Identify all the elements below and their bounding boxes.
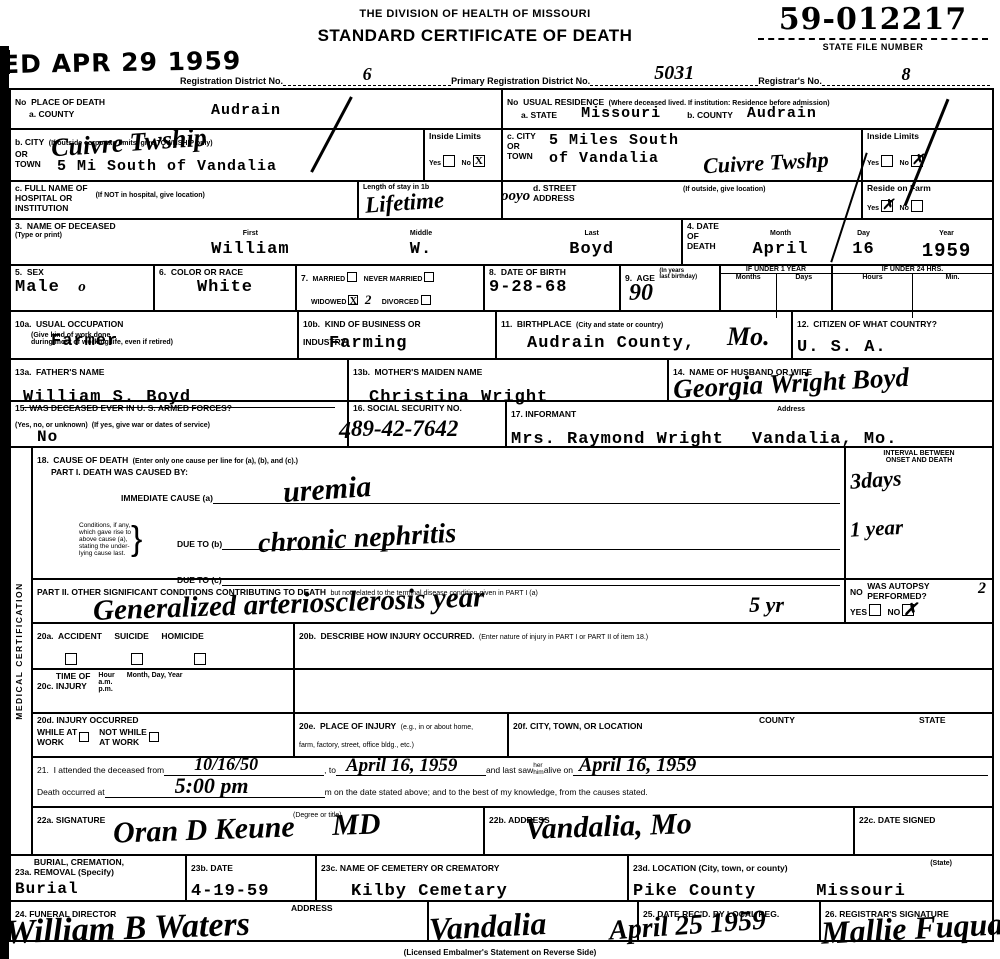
field-part2-conditions: PART II. OTHER SIGNIFICANT CONDITIONS CO… <box>33 580 846 622</box>
not-while-at-work-checkbox <box>149 732 159 742</box>
issuing-agency: THE DIVISION OF HEALTH OF MISSOURI <box>250 8 700 20</box>
farm-no-checkbox <box>911 200 923 212</box>
field-registrar-signature: 26. REGISTRAR'S SIGNATURE Mallie Fuqua <box>821 902 992 940</box>
field-injury-occurred: 20d. INJURY OCCURRED WHILE AT WORK NOT W… <box>33 714 295 756</box>
field-usual-residence: No USUAL RESIDENCE (Where deceased lived… <box>503 90 992 128</box>
citizen-value: U. S. A. <box>797 338 988 357</box>
death-certificate: THE DIVISION OF HEALTH OF MISSOURI STAND… <box>0 0 1000 959</box>
widowed-pen-mark: 2 <box>365 292 372 307</box>
registrar-no-label: Registrar's No. <box>758 76 822 86</box>
state-file-number-label: STATE FILE NUMBER <box>758 42 988 52</box>
field-marital-status: 7. MARRIED NEVER MARRIED WIDOWEDX 2 DIVO… <box>297 266 485 310</box>
field-length-of-stay: Length of stay in 1b Lifetime <box>359 182 503 218</box>
conditions-brace: } <box>131 520 142 559</box>
dob-value: 9-28-68 <box>489 278 615 297</box>
field-birthplace: 11. BIRTHPLACE (City and state or countr… <box>497 312 793 358</box>
reg-district-label: Registration District No. <box>180 76 283 86</box>
ssn-handwriting: 89-42-7642 <box>351 416 458 442</box>
cause-a-handwriting: uremia <box>282 470 373 510</box>
field-interval-onset-death: INTERVAL BETWEEN ONSET AND DEATH 3days 1… <box>846 448 992 578</box>
attended-from-handwriting: 10/16/50 <box>194 754 258 775</box>
field-father-name: 13a. FATHER'S NAME William S. Boyd <box>11 360 349 400</box>
primary-reg-value: 5031 <box>590 62 758 86</box>
field-describe-injury: 20b. DESCRIBE HOW INJURY OCCURRED. (Ente… <box>295 624 992 668</box>
primary-reg-label: Primary Registration District No. <box>451 76 590 86</box>
residence-state-value: Missouri <box>581 105 661 122</box>
autopsy-no-checkbox: ✗ <box>902 604 914 616</box>
field-cause-of-death: 18. CAUSE OF DEATH (Enter only one cause… <box>33 448 846 578</box>
scan-edge-artifact <box>0 46 9 959</box>
field-sex: 5. SEX Male o <box>11 266 155 310</box>
business-value: Farming <box>329 334 407 353</box>
field-color-or-race: 6. COLOR OR RACE White <box>155 266 297 310</box>
autopsy-pen-mark: 2 <box>978 580 986 598</box>
physician-signature-handwriting: Oran D Keune <box>112 810 295 849</box>
field-social-security: 16. SOCIAL SECURITY NO. 89-42-7642 <box>349 402 507 446</box>
autopsy-yes-checkbox <box>869 604 881 616</box>
field-date-of-birth: 8. DATE OF BIRTH 9-28-68 <box>485 266 621 310</box>
residence-county-value: Audrain <box>747 105 817 122</box>
field-funeral-director: 24. FUNERAL DIRECTOR ADDRESS William B W… <box>11 902 429 940</box>
field-hospital-name: c. FULL NAME OF HOSPITAL OR INSTITUTION … <box>11 182 359 218</box>
accident-checkbox <box>65 653 77 665</box>
field-kind-of-business: 10b. KIND OF BUSINESS OR INDUSTRY Farmin… <box>299 312 497 358</box>
informant-address-value: Vandalia, Mo. <box>752 430 898 449</box>
name-first-value: William <box>165 240 336 259</box>
divorced-checkbox <box>421 295 431 305</box>
birthplace-value: Audrain County, <box>527 334 695 353</box>
inside-limits-no-checkbox: X <box>473 155 485 167</box>
death-year-value: 1959 <box>905 240 988 262</box>
place-county-value: Audrain <box>211 102 281 119</box>
funeral-director-handwriting: William B Waters <box>4 906 250 953</box>
field-name-of-deceased: 3. NAME OF DECEASED (Type or print) Firs… <box>11 220 683 264</box>
farm-yes-checkbox: ✗ <box>881 200 893 212</box>
name-middle-value: W. <box>336 240 507 259</box>
field-burial-date: 23b. DATE 4-19-59 <box>187 856 317 900</box>
cemetery-county-value: Pike County <box>633 882 756 901</box>
field-date-received: 25. DATE REC'D. BY LOCAL REG. April 25 1… <box>639 902 821 940</box>
married-checkbox <box>347 272 357 282</box>
physician-degree-handwriting: MD <box>332 807 381 842</box>
death-time-handwriting: 5:00 pm <box>175 773 249 799</box>
birthplace-state-handwriting: Mo. <box>727 322 770 352</box>
race-value: White <box>159 278 291 297</box>
reg-district-value: 6 <box>283 64 451 86</box>
field-autopsy: NO WAS AUTOPSY PERFORMED? 2 YES NO✗ <box>846 580 992 622</box>
inside-limits-yes-checkbox <box>443 155 455 167</box>
interval-b-handwriting: 1 year <box>849 510 988 542</box>
field-accident-suicide-homicide: 20a. ACCIDENT SUICIDE HOMICIDE <box>33 624 295 668</box>
divider <box>758 38 988 40</box>
field-if-under-24-hrs: IF UNDER 24 HRS. Hours Min. <box>833 266 992 310</box>
homicide-checkbox <box>194 653 206 665</box>
length-of-stay-handwriting: Lifetime <box>364 187 445 218</box>
field-armed-forces: 15. WAS DECEASED EVER IN U. S. ARMED FOR… <box>11 402 349 446</box>
field-attended-statement: 21. I attended the deceased from 10/16/5… <box>33 758 992 806</box>
street-margin-scribble: ooyo <box>501 188 530 205</box>
field-age: 9. AGE (In years last birthday) 90 <box>621 266 721 310</box>
field-residence-inside-limits: Inside Limits Yes No✗ <box>863 130 992 180</box>
field-injury-city-county-state: 20f. CITY, TOWN, OR LOCATION COUNTY STAT… <box>509 714 992 756</box>
burial-value: Burial <box>15 880 181 898</box>
name-last-value: Boyd <box>506 240 677 259</box>
cause-b-handwriting: chronic nephritis <box>257 518 457 560</box>
medical-certification-side-label: MEDICAL CERTIFICATION <box>11 448 33 854</box>
suicide-checkbox <box>131 653 143 665</box>
field-place-of-death-county: No PLACE OF DEATH a. COUNTY Audrain <box>11 90 503 128</box>
field-physician-signature: 22a. SIGNATURE (Degree or title) Oran D … <box>33 808 485 854</box>
certificate-title: STANDARD CERTIFICATE OF DEATH <box>250 26 700 46</box>
physician-address-handwriting: Vandalia, Mo <box>524 807 692 847</box>
armed-forces-value: No <box>37 428 58 446</box>
sex-value: Male <box>15 278 60 297</box>
field-injury-blank <box>295 670 992 712</box>
cemetery-state-value: Missouri <box>816 882 906 901</box>
field-reside-on-farm: Reside on Farm Yes✗ No <box>863 182 992 218</box>
part2-duration-handwriting: 5 yr <box>749 592 784 618</box>
registrar-no-value: 8 <box>822 64 990 86</box>
funeral-address-handwriting: Vandalia <box>428 905 547 948</box>
death-month-value: April <box>739 240 822 259</box>
last-alive-handwriting: April 16, 1959 <box>579 754 696 777</box>
field-date-signed: 22c. DATE SIGNED <box>855 808 992 854</box>
field-citizen: 12. CITIZEN OF WHAT COUNTRY? U. S. A. <box>793 312 992 358</box>
attended-to-handwriting: April 16, 1959 <box>346 755 457 777</box>
never-married-checkbox <box>424 272 434 282</box>
burial-date-value: 4-19-59 <box>191 882 311 901</box>
state-file-number: 59-012217 <box>758 2 988 37</box>
field-cemetery-location: 23d. LOCATION (City, town, or county) (S… <box>629 856 992 900</box>
field-usual-occupation: 10a. USUAL OCCUPATION (Give kind of work… <box>11 312 299 358</box>
field-if-under-1-year: IF UNDER 1 YEAR Months Days <box>721 266 833 310</box>
field-physician-address: 22b. ADDRESS Vandalia, Mo <box>485 808 855 854</box>
age-handwriting: 90 <box>629 280 653 307</box>
sex-pen-mark: o <box>78 279 86 295</box>
field-informant: 17. INFORMANT Address Mrs. Raymond Wrigh… <box>507 402 992 446</box>
field-burial-type: 23a. BURIAL, CREMATION, REMOVAL (Specify… <box>11 856 187 900</box>
while-at-work-checkbox <box>79 732 89 742</box>
widowed-checkbox: X <box>348 295 358 305</box>
field-place-inside-limits: Inside Limits Yes NoX <box>425 130 503 180</box>
field-mother-maiden-name: 13b. MOTHER'S MAIDEN NAME Christina Wrig… <box>349 360 669 400</box>
medical-certification-block: MEDICAL CERTIFICATION 18. CAUSE OF DEATH… <box>11 448 992 856</box>
cemetery-value: Kilby Cemetary <box>351 882 613 902</box>
residence-inside-limits-yes-checkbox <box>881 155 893 167</box>
occupation-value: Farmer <box>51 332 118 351</box>
field-time-of-injury: 20c. TIME OF INJURY Hour a.m. p.m. Month… <box>33 670 295 712</box>
interval-a-handwriting: 3days <box>849 459 988 495</box>
field-cemetery-name: 23c. NAME OF CEMETERY OR CREMATORY Kilby… <box>317 856 629 900</box>
residence-township-handwriting: Cuivre Twshp <box>702 147 829 180</box>
field-street-address: ooyo d. STREET ADDRESS (If outside, give… <box>503 182 863 218</box>
field-residence-city-town: c. CITY OR TOWN 5 Miles South of Vandali… <box>503 130 863 180</box>
field-place-city-town: b. CITY (If outside corporate limits, gi… <box>11 130 425 180</box>
field-place-of-injury: 20e. PLACE OF INJURY (e.g., in or about … <box>295 714 509 756</box>
informant-name-value: Mrs. Raymond Wright <box>511 430 724 449</box>
field-husband-or-wife: 14. NAME OF HUSBAND OR WIFE Georgia Wrig… <box>669 360 992 400</box>
